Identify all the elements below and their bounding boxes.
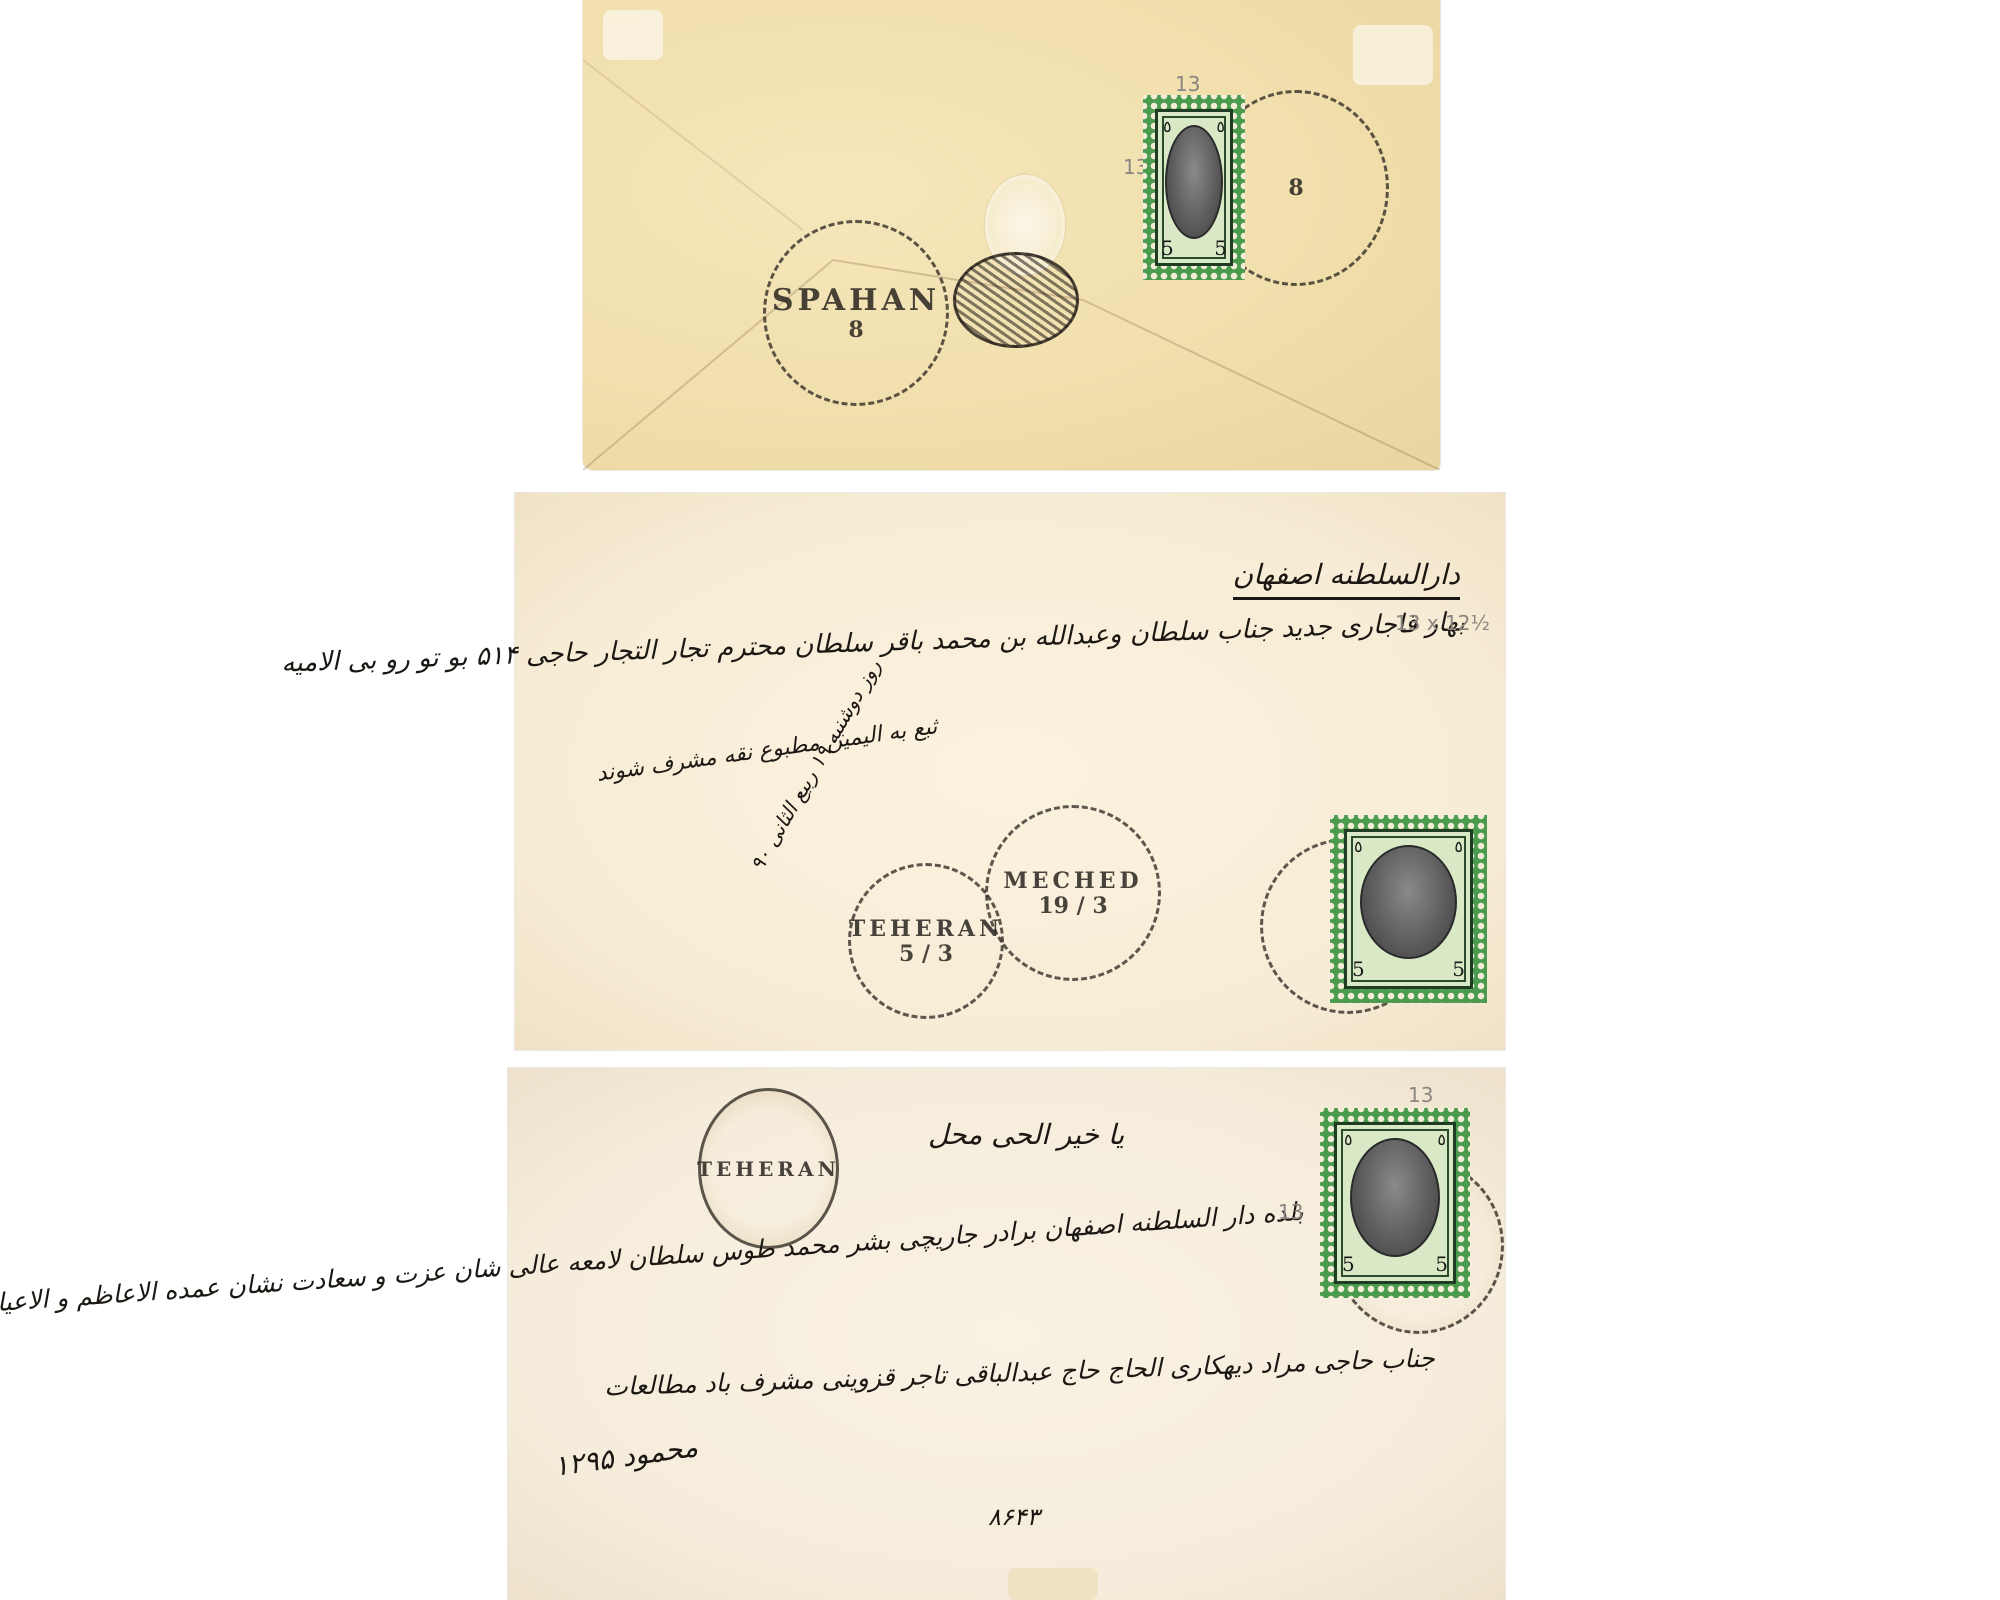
- paper-wear-mark: [603, 10, 663, 60]
- pencil-note: 13 x 12½: [1395, 611, 1490, 635]
- address-heading: دارالسلطنه اصفهان: [1233, 558, 1460, 600]
- postage-stamp: ٥ ٥ 5 5: [1320, 1108, 1470, 1298]
- postmark-teheran: TEHERAN: [698, 1088, 839, 1249]
- side-note: ثبع به الیمین مطبوع نقه مشرف شوند: [595, 714, 939, 787]
- pencil-note: 13: [1278, 1200, 1303, 1224]
- pencil-note: 13: [1175, 72, 1200, 96]
- cover-reverse-top: SPAHAN 8 8 13 13 ٥ ٥ 5 5: [583, 0, 1440, 470]
- address-line: جناب حاجی مراد دیهکاری الحاج حاج عبدالبا…: [604, 1344, 1436, 1402]
- postage-stamp: ٥ ٥ 5 5: [1330, 815, 1487, 1003]
- cover-front-middle: دارالسلطنه اصفهان بهار قاجاری جدید جناب …: [515, 493, 1505, 1050]
- postage-stamp: ٥ ٥ 5 5: [1143, 95, 1245, 280]
- date-note: روز دوشنبه ۱۹ ربیع الثانی ۹۰: [745, 655, 886, 875]
- calligraphic-seal: [953, 252, 1079, 348]
- cover-front-bottom: TEHERAN یا خیر الحی محل بلده دار السلطنه…: [508, 1068, 1505, 1600]
- address-heading: یا خیر الحی محل: [928, 1118, 1124, 1151]
- postmark-teheran: TEHERAN 5 / 3: [848, 863, 1004, 1019]
- paper-tone-mark: [1008, 1568, 1098, 1600]
- sender-signature: محمود ۱۲۹۵: [551, 1430, 699, 1483]
- pencil-note: 13: [1408, 1083, 1433, 1107]
- postmark-ispahan: SPAHAN 8: [763, 220, 949, 406]
- reference-number: ۸۶۴۳: [988, 1503, 1040, 1531]
- shah-portrait: [1350, 1138, 1440, 1257]
- address-line: بلده دار السلطنه اصفهان برادر جاریچی بشر…: [0, 1197, 1304, 1319]
- shah-portrait: [1165, 125, 1223, 239]
- paper-wear-mark: [1353, 25, 1433, 85]
- postmark-meched: MECHED 19 / 3: [985, 805, 1161, 981]
- shah-portrait: [1360, 845, 1457, 959]
